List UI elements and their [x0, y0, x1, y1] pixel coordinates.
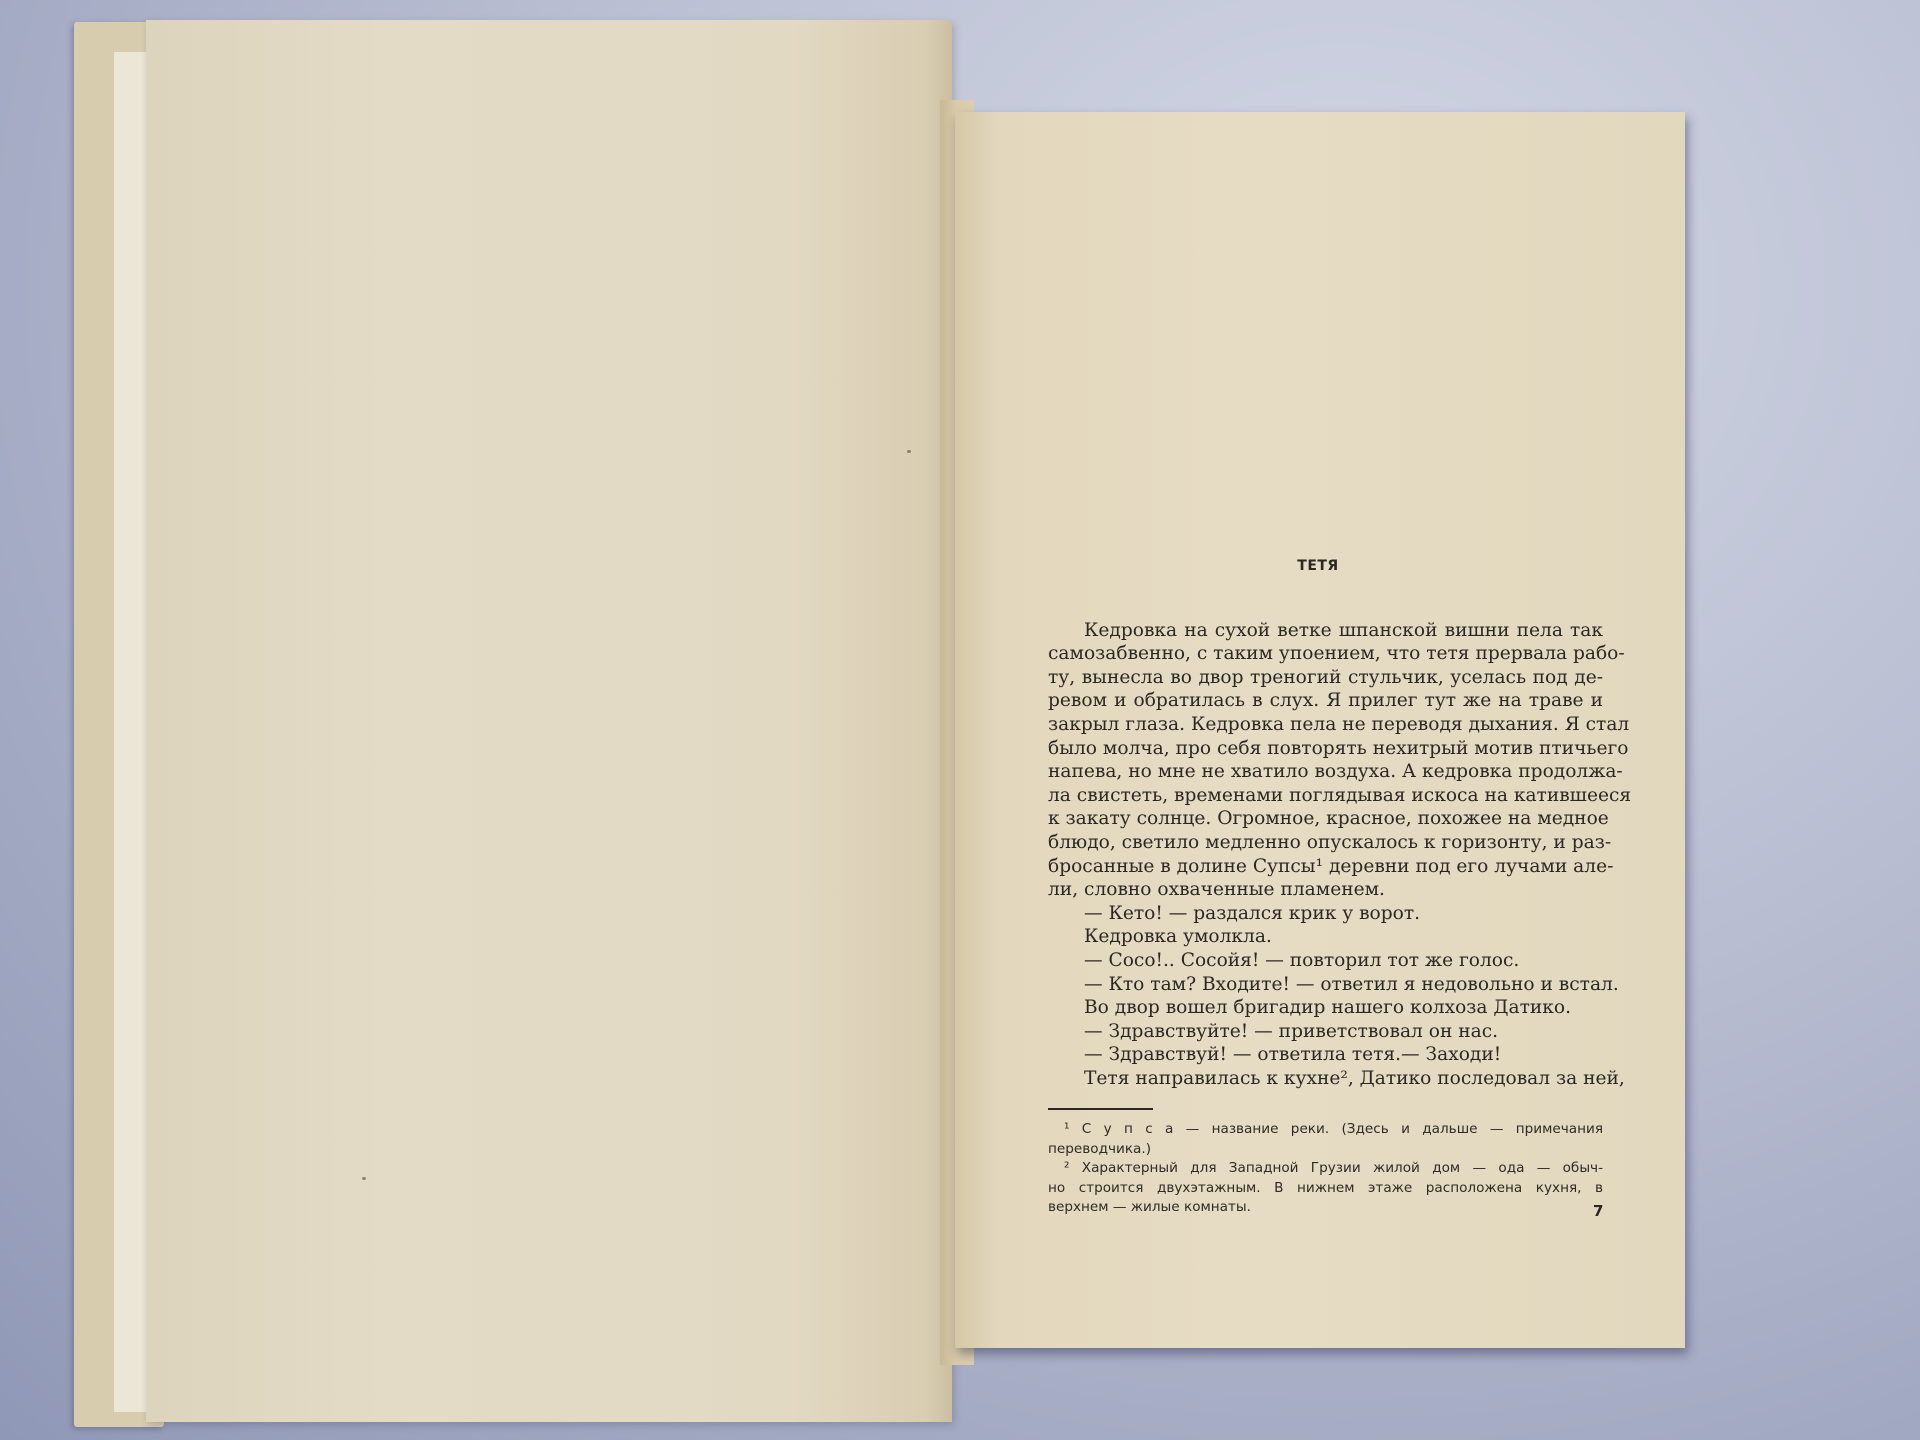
dialogue-line: — Сосо!.. Сосойя! — повторил тот же голо… [1048, 949, 1603, 973]
body-paragraph: Кедровка на сухой ветке шпанской вишни п… [1048, 619, 1603, 902]
footnote-2: ² Характерный для Западной Грузии жилой … [1048, 1159, 1603, 1179]
text-line: ла свистеть, временами поглядывая искоса… [1048, 784, 1603, 808]
footnote-2-cont: верхнем — жилые комнаты. [1048, 1198, 1603, 1218]
text-line: ревом и обратилась в слух. Я прилег тут … [1048, 689, 1603, 713]
text-line: Тетя направилась к кухне², Датико послед… [1048, 1067, 1603, 1091]
text-line: напева, но мне не хватило воздуха. А кед… [1048, 760, 1603, 784]
chapter-title: ТЕТЯ [1033, 555, 1603, 579]
text-line: к закату солнце. Огромное, красное, похо… [1048, 807, 1603, 831]
dialogue-line: — Кето! — раздался крик у ворот. [1048, 902, 1603, 926]
text-line: было молча, про себя повторять нехитрый … [1048, 737, 1603, 761]
paper-speck [362, 1177, 366, 1180]
text-line: закрыл глаза. Кедровка пела не переводя … [1048, 713, 1603, 737]
footnotes: ¹ С у п с а — название реки. (Здесь и да… [1048, 1120, 1603, 1218]
dialogue-line: — Кто там? Входите! — ответил я недоволь… [1048, 973, 1603, 997]
text-line: самозабвенно, с таким упоением, что тетя… [1048, 642, 1603, 666]
text-line: Во двор вошел бригадир нашего колхоза Да… [1048, 996, 1603, 1020]
footnote-2-cont: но строится двухэтажным. В нижнем этаже … [1048, 1179, 1603, 1199]
page-text: ТЕТЯ Кедровка на сухой ветке шпанской ви… [1048, 555, 1603, 1218]
text-line: бросанные в долине Супсы¹ деревни под ег… [1048, 855, 1603, 879]
dialogue-line: — Здравствуй! — ответила тетя.— Заходи! [1048, 1043, 1603, 1067]
footnote-1: ¹ С у п с а — название реки. (Здесь и да… [1048, 1120, 1603, 1140]
text-line: блюдо, светило медленно опускалось к гор… [1048, 831, 1603, 855]
text-line: ли, словно охваченные пламенем. [1048, 878, 1603, 902]
left-page-blank[interactable] [146, 20, 952, 1422]
paper-speck [907, 450, 911, 453]
text-line: Кедровка умолкла. [1048, 925, 1603, 949]
page-number: 7 [1593, 1202, 1603, 1220]
text-line: Кедровка на сухой ветке шпанской вишни п… [1048, 619, 1603, 643]
dialogue-line: — Здравствуйте! — приветствовал он нас. [1048, 1020, 1603, 1044]
footnote-rule [1048, 1108, 1153, 1110]
footnote-1-cont: переводчика.) [1048, 1140, 1603, 1160]
endpaper-strip [113, 52, 149, 1412]
text-line: ту, вынесла во двор треногий стульчик, у… [1048, 666, 1603, 690]
